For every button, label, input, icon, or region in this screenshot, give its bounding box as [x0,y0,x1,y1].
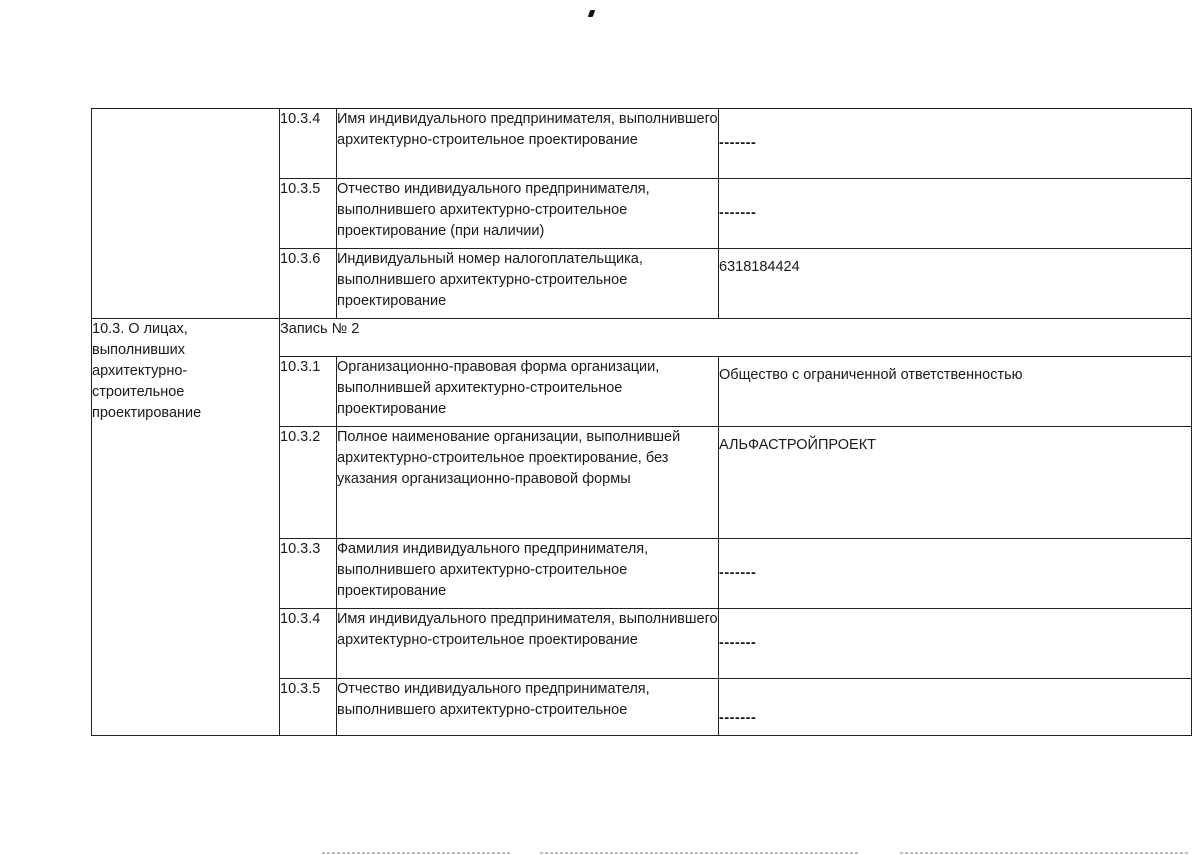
field-value: Общество с ограниченной ответственностью [719,357,1192,427]
field-code: 10.3.2 [280,427,337,539]
record-header-row: 10.3. О лицах, выполнивших архитектурно-… [92,319,1192,357]
field-code: 10.3.6 [280,249,337,319]
scan-artifact-line [322,852,512,854]
field-code: 10.3.5 [280,679,337,736]
scan-artifact-line [900,852,1190,854]
field-label: Полное наименование организации, выполни… [337,427,719,539]
field-label: Фамилия индивидуального предпринимателя,… [337,539,719,609]
field-value: 6318184424 [719,249,1192,319]
field-code: 10.3.3 [280,539,337,609]
field-value: ------- [719,109,1192,179]
field-label: Отчество индивидуального предпринимателя… [337,679,719,736]
field-code: 10.3.4 [280,109,337,179]
scan-artifact-mark [588,10,596,17]
section-cell-empty [92,109,280,319]
table-row: 10.3.4 Имя индивидуального предпринимате… [92,109,1192,179]
field-value: ------- [719,179,1192,249]
field-label: Отчество индивидуального предпринимателя… [337,179,719,249]
field-label: Организационно-правовая форма организаци… [337,357,719,427]
field-value: ------- [719,679,1192,736]
registry-table: 10.3.4 Имя индивидуального предпринимате… [91,108,1192,736]
field-value: АЛЬФАСТРОЙПРОЕКТ [719,427,1192,539]
field-label: Индивидуальный номер налогоплательщика, … [337,249,719,319]
record-header: Запись № 2 [280,319,1192,357]
field-label: Имя индивидуального предпринимателя, вып… [337,609,719,679]
field-value: ------- [719,609,1192,679]
field-value: ------- [719,539,1192,609]
field-code: 10.3.4 [280,609,337,679]
section-title: 10.3. О лицах, выполнивших архитектурно-… [92,319,280,736]
scan-artifact-line [540,852,860,854]
field-code: 10.3.5 [280,179,337,249]
field-code: 10.3.1 [280,357,337,427]
field-label: Имя индивидуального предпринимателя, вып… [337,109,719,179]
